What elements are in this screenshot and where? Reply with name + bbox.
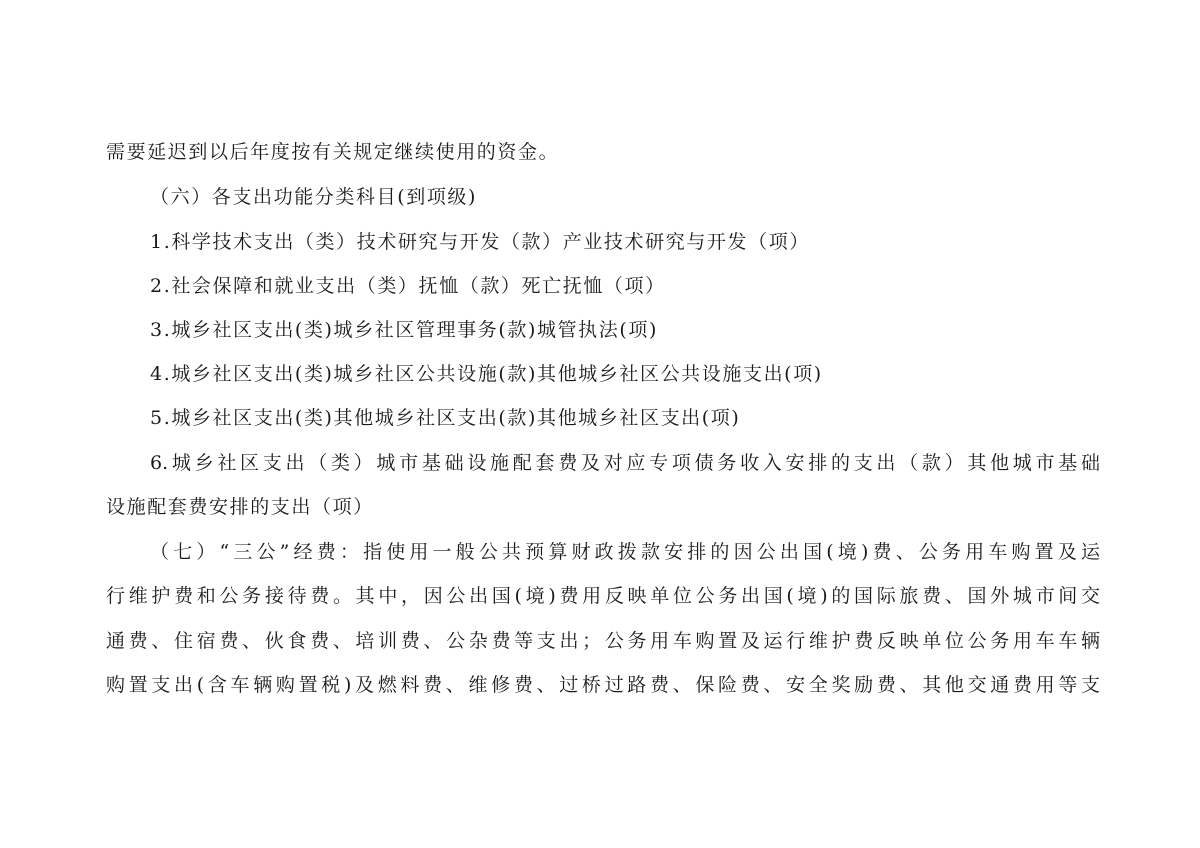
section-heading-7-line-1: （七）“三公”经费：指使用一般公共预算财政拨款安排的因公出国(境)费、公务用车购… (150, 540, 1100, 564)
section-7-line-4: 购置支出(含车辆购置税)及燃料费、维修费、过桥过路费、保险费、安全奖励费、其他交… (106, 673, 1100, 697)
list-item-4: 4.城乡社区支出(类)城乡社区公共设施(款)其他城乡社区公共设施支出(项) (150, 362, 823, 386)
list-item-6-line-1: 6.城乡社区支出（类）城市基础设施配套费及对应专项债务收入安排的支出（款）其他城… (150, 451, 1100, 475)
list-item-3: 3.城乡社区支出(类)城乡社区管理事务(款)城管执法(项) (150, 318, 658, 342)
list-item-2: 2.社会保障和就业支出（类）抚恤（款）死亡抚恤（项） (150, 274, 666, 298)
document-page: 需要延迟到以后年度按有关规定继续使用的资金。 （六）各支出功能分类科目(到项级)… (0, 0, 1200, 848)
list-item-6-line-2: 设施配套费安排的支出（项） (106, 495, 374, 519)
section-7-line-2: 行维护费和公务接待费。其中，因公出国(境)费用反映单位公务出国(境)的国际旅费、… (106, 584, 1100, 608)
paragraph-line-continuation: 需要延迟到以后年度按有关规定继续使用的资金。 (106, 140, 559, 164)
section-7-line-3: 通费、住宿费、伙食费、培训费、公杂费等支出；公务用车购置及运行维护费反映单位公务… (106, 629, 1100, 653)
list-item-5: 5.城乡社区支出(类)其他城乡社区支出(款)其他城乡社区支出(项) (150, 406, 740, 430)
section-heading-6: （六）各支出功能分类科目(到项级) (150, 185, 477, 209)
list-item-1: 1.科学技术支出（类）技术研究与开发（款）产业技术研究与开发（项） (150, 230, 810, 254)
